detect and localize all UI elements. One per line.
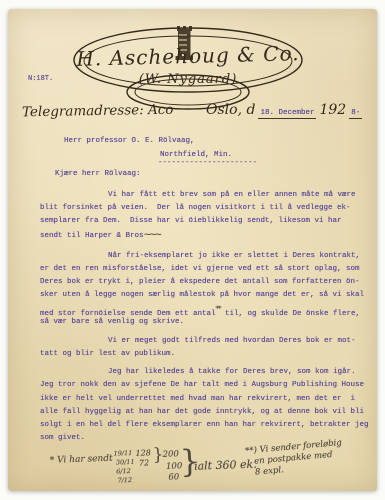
city-prefix: Oslo, d <box>206 102 255 118</box>
typed-date: 18. December <box>258 109 316 119</box>
body-line: sendt til Harper & Bros~~~ <box>40 229 374 242</box>
note-intro: * Vi har sendt <box>50 454 113 466</box>
typed-year-digit: 8- <box>349 109 362 119</box>
note-amount: 60 <box>168 472 179 482</box>
note-amount: 72 <box>139 458 149 467</box>
paragraph-1: Vi har fått ett brev som på en eller ann… <box>40 189 374 242</box>
body-line-text: til, og skulde De önske flere, <box>221 310 361 318</box>
paragraph-4: Jeg har likeledes å takke for Deres brev… <box>40 366 374 445</box>
body-line: blit forsinket på veien. Der lå nogen vi… <box>40 202 374 215</box>
recipient-city: Northfield, Min. <box>160 151 232 159</box>
body-line: Deres bok er trykt i, pleier å ekspedere… <box>40 276 374 289</box>
body-line: Vi er meget godt tilfreds med hvordan De… <box>40 335 374 348</box>
reference-number: N:18T. <box>28 75 53 83</box>
note-date: 30/11 <box>116 458 135 468</box>
telegram-address-line: Telegramadresse: Aco <box>22 102 174 121</box>
recipient-name: Herr professor O. E. Rölvaag, <box>64 137 195 145</box>
company-subname: (W. Nygaard) <box>70 72 306 87</box>
paragraph-3: Vi er meget godt tilfreds med hvordan De… <box>40 335 374 361</box>
body-line: ikke er helt vel underrettet med hvad ma… <box>40 393 374 406</box>
body-line: Når fri-eksemplaret jo ikke er slettet i… <box>40 250 374 263</box>
recipient-underline: ---------------------- <box>158 159 257 167</box>
body-line: alle fall hyggelig at han har det gode i… <box>40 406 374 419</box>
body-line: Jeg har likeledes å takke for Deres brev… <box>40 366 374 379</box>
letter-body: Vi har fått ett brev som på en eller ann… <box>40 189 374 445</box>
body-line: semplarer fra Dem. Disse har vi öieblikk… <box>40 215 374 228</box>
body-line-text: sendt til Harper & Bros <box>40 232 144 240</box>
printed-year: 192 <box>319 102 346 118</box>
note-subtotal: 200 <box>162 449 179 460</box>
body-line: tatt og blir lest av publikum. <box>40 348 374 361</box>
dateline: Oslo, d 18. December 192 8- <box>206 102 362 119</box>
letter-paper: H. Aschehoug & Co. (W. Nygaard) N:18T. T… <box>8 9 377 491</box>
body-line: sker uten å legge nogen særlig målestok … <box>40 289 374 302</box>
note-date: 7/12 <box>117 476 132 486</box>
paragraph-2: Når fri-eksemplaret jo ikke er slettet i… <box>40 250 374 329</box>
note-amount: 128 <box>135 448 151 458</box>
body-line: Jeg tror nokk den av sjefene De har talt… <box>40 379 374 392</box>
body-line: er det en ren misforståelse, idet vi gje… <box>40 263 374 276</box>
body-line: med stor fornöielse sende Dem ett antal*… <box>40 303 374 316</box>
salutation: Kjære herr Rölvaag: <box>55 170 141 178</box>
body-line: Vi har fått ett brev som på en eller ann… <box>40 189 374 202</box>
body-line: solgt i en hel del flere eksemplarer enn… <box>40 419 374 432</box>
handwritten-flourish: ~~~ <box>144 230 161 240</box>
